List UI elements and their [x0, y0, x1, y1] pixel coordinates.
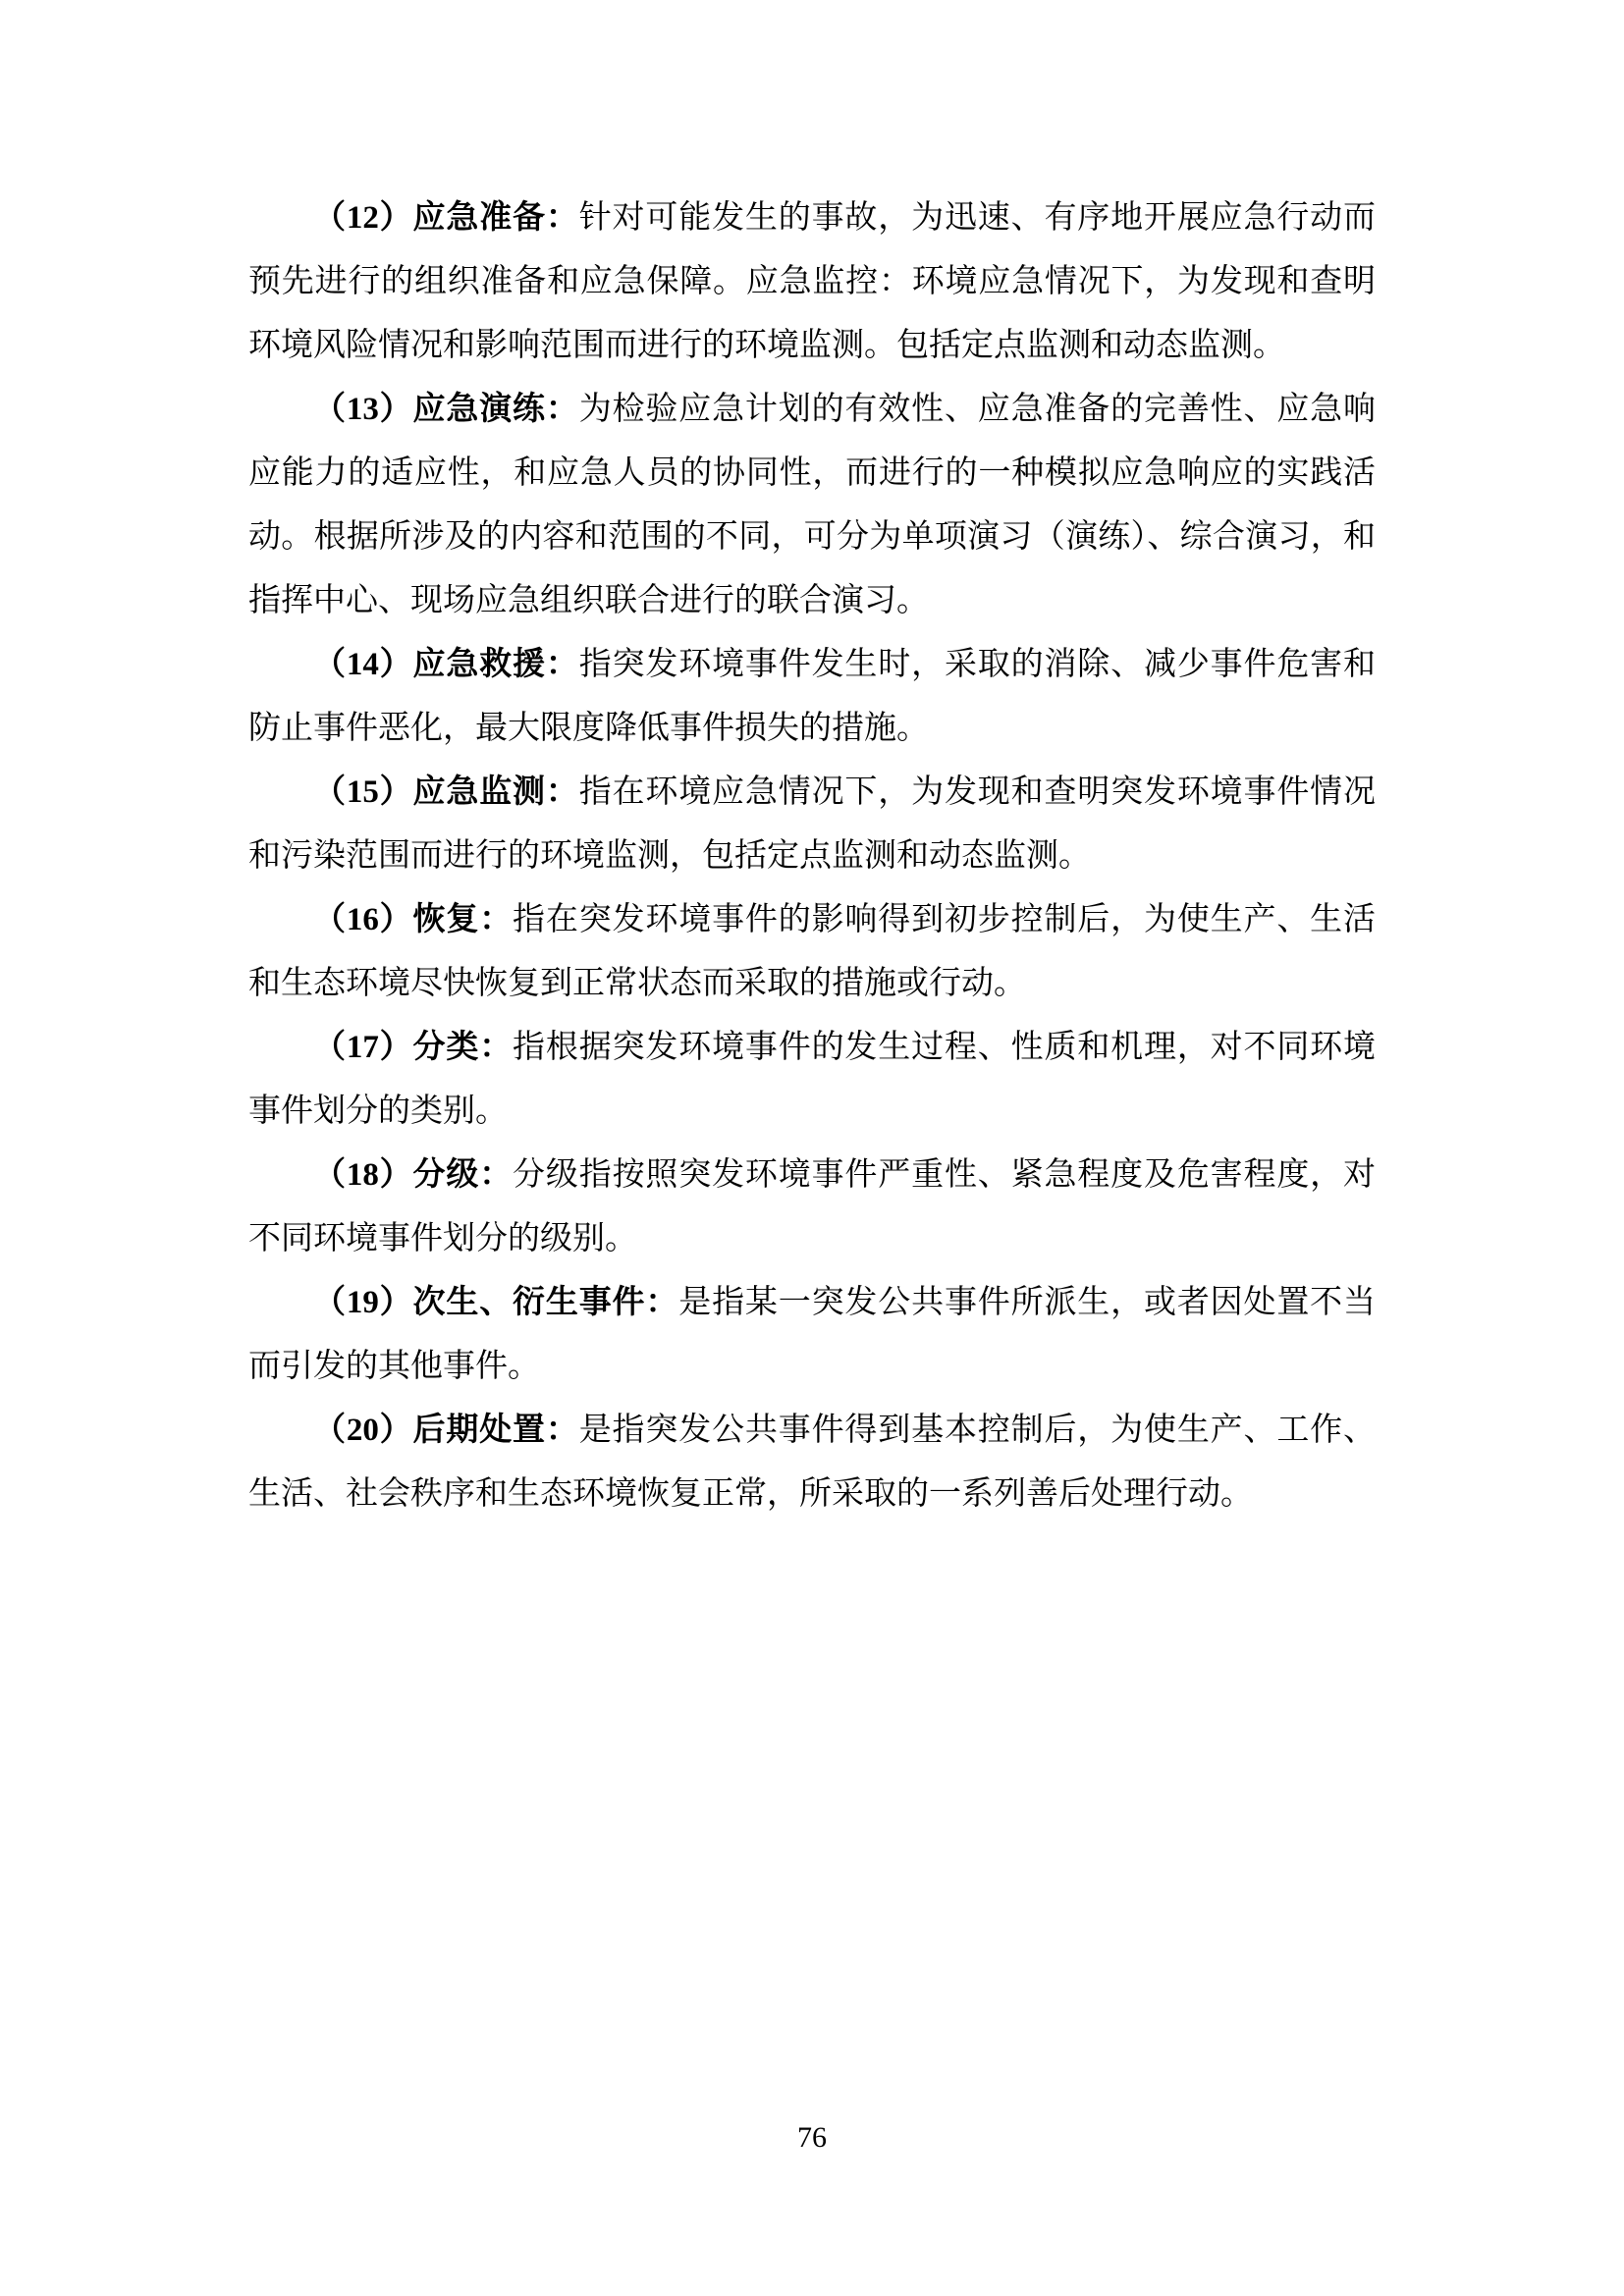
definition-item-19: （19）次生、衍生事件：是指某一突发公共事件所派生，或者因处置不当而引发的其他事… [248, 1271, 1376, 1399]
document-body: （12）应急准备：针对可能发生的事故，为迅速、有序地开展应急行动而预先进行的组织… [248, 187, 1376, 1526]
definition-term-18: （18）分级： [313, 1157, 513, 1193]
definition-item-14: （14）应急救援：指突发环境事件发生时，采取的消除、减少事件危害和防止事件恶化，… [248, 633, 1376, 761]
definition-item-16: （16）恢复：指在突发环境事件的影响得到初步控制后，为使生产、生活和生态环境尽快… [248, 888, 1376, 1016]
definition-term-17: （17）分类： [313, 1030, 513, 1065]
definition-item-20: （20）后期处置：是指突发公共事件得到基本控制后，为使生产、工作、生活、社会秩序… [248, 1399, 1376, 1526]
definition-term-16: （16）恢复： [313, 902, 513, 937]
definition-term-20: （20）后期处置： [313, 1413, 579, 1448]
definition-term-13: （13）应急演练： [313, 392, 579, 427]
definition-term-14: （14）应急救援： [313, 647, 579, 682]
definition-item-17: （17）分类：指根据突发环境事件的发生过程、性质和机理，对不同环境事件划分的类别… [248, 1016, 1376, 1144]
definition-term-12: （12）应急准备： [313, 200, 579, 236]
definition-term-19: （19）次生、衍生事件： [313, 1285, 678, 1320]
definition-term-15: （15）应急监测： [313, 774, 579, 810]
document-page: （12）应急准备：针对可能发生的事故，为迅速、有序地开展应急行动而预先进行的组织… [0, 0, 1624, 2296]
definition-item-13: （13）应急演练：为检验应急计划的有效性、应急准备的完善性、应急响应能力的适应性… [248, 378, 1376, 633]
page-number: 76 [0, 2116, 1624, 2160]
definition-item-18: （18）分级：分级指按照突发环境事件严重性、紧急程度及危害程度，对不同环境事件划… [248, 1144, 1376, 1271]
definition-item-15: （15）应急监测：指在环境应急情况下，为发现和查明突发环境事件情况和污染范围而进… [248, 761, 1376, 888]
definition-item-12: （12）应急准备：针对可能发生的事故，为迅速、有序地开展应急行动而预先进行的组织… [248, 187, 1376, 378]
